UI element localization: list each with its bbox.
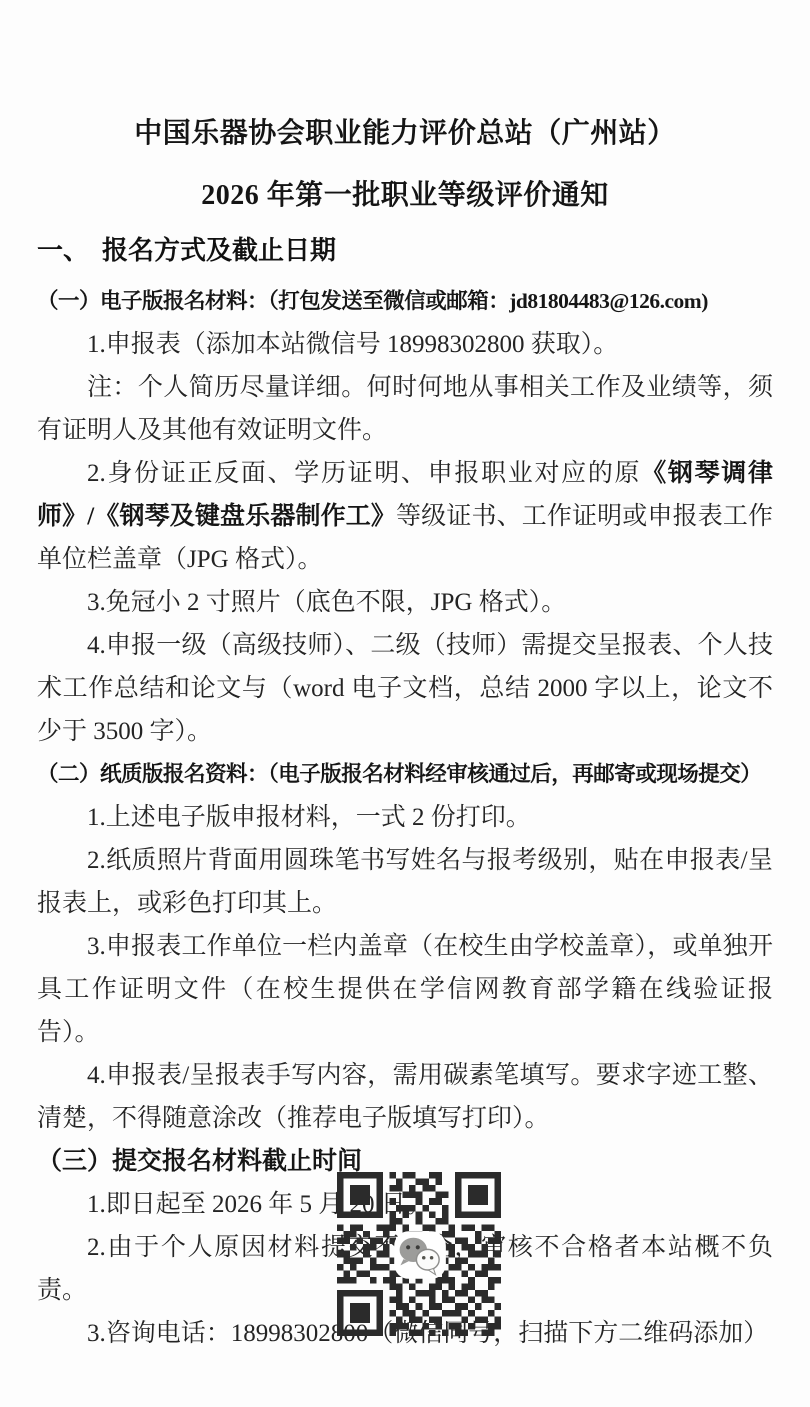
paragraph: 2.身份证正反面、学历证明、申报职业对应的原《钢琴调律师》/《钢琴及键盘乐器制作… bbox=[37, 452, 773, 581]
paragraph: 2.纸质照片背面用圆珠笔书写姓名与报考级别，贴在申报表/呈报表上，或彩色打印其上… bbox=[37, 839, 773, 925]
wechat-qr-code bbox=[337, 1172, 501, 1336]
paragraph: 4.申报表/呈报表手写内容，需用碳素笔填写。要求字迹工整、清楚，不得随意涂改（推… bbox=[37, 1054, 773, 1140]
sub-heading: （二）纸质版报名资料：（电子版报名材料经审核通过后，再邮寄或现场提交） bbox=[37, 753, 773, 796]
document: 中国乐器协会职业能力评价总站（广州站） 2026 年第一批职业等级评价通知 一、… bbox=[0, 116, 810, 1355]
page-subtitle: 2026 年第一批职业等级评价通知 bbox=[37, 178, 773, 214]
paragraph: 3.免冠小 2 寸照片（底色不限，JPG 格式）。 bbox=[37, 581, 773, 624]
section-heading: 一、 报名方式及截止日期 bbox=[37, 234, 773, 268]
paragraph: 3.申报表工作单位一栏内盖章（在校生由学校盖章），或单独开具工作证明文件（在校生… bbox=[37, 925, 773, 1054]
scanned-notice-page: 中国乐器协会职业能力评价总站（广州站） 2026 年第一批职业等级评价通知 一、… bbox=[0, 0, 810, 1407]
paragraph: 1.申报表（添加本站微信号 18998302800 获取）。 bbox=[37, 323, 773, 366]
paragraph: 注：个人简历尽量详细。何时何地从事相关工作及业绩等，须有证明人及其他有效证明文件… bbox=[37, 366, 773, 452]
page-title: 中国乐器协会职业能力评价总站（广州站） bbox=[37, 116, 773, 152]
paragraph: 1.上述电子版申报材料，一式 2 份打印。 bbox=[37, 796, 773, 839]
sub-heading: （一）电子版报名材料：（打包发送至微信或邮箱：jd81804483@126.co… bbox=[37, 280, 773, 323]
paragraph: 4.申报一级（高级技师）、二级（技师）需提交呈报表、个人技术工作总结和论文与（w… bbox=[37, 624, 773, 753]
wechat-icon bbox=[388, 1223, 450, 1285]
